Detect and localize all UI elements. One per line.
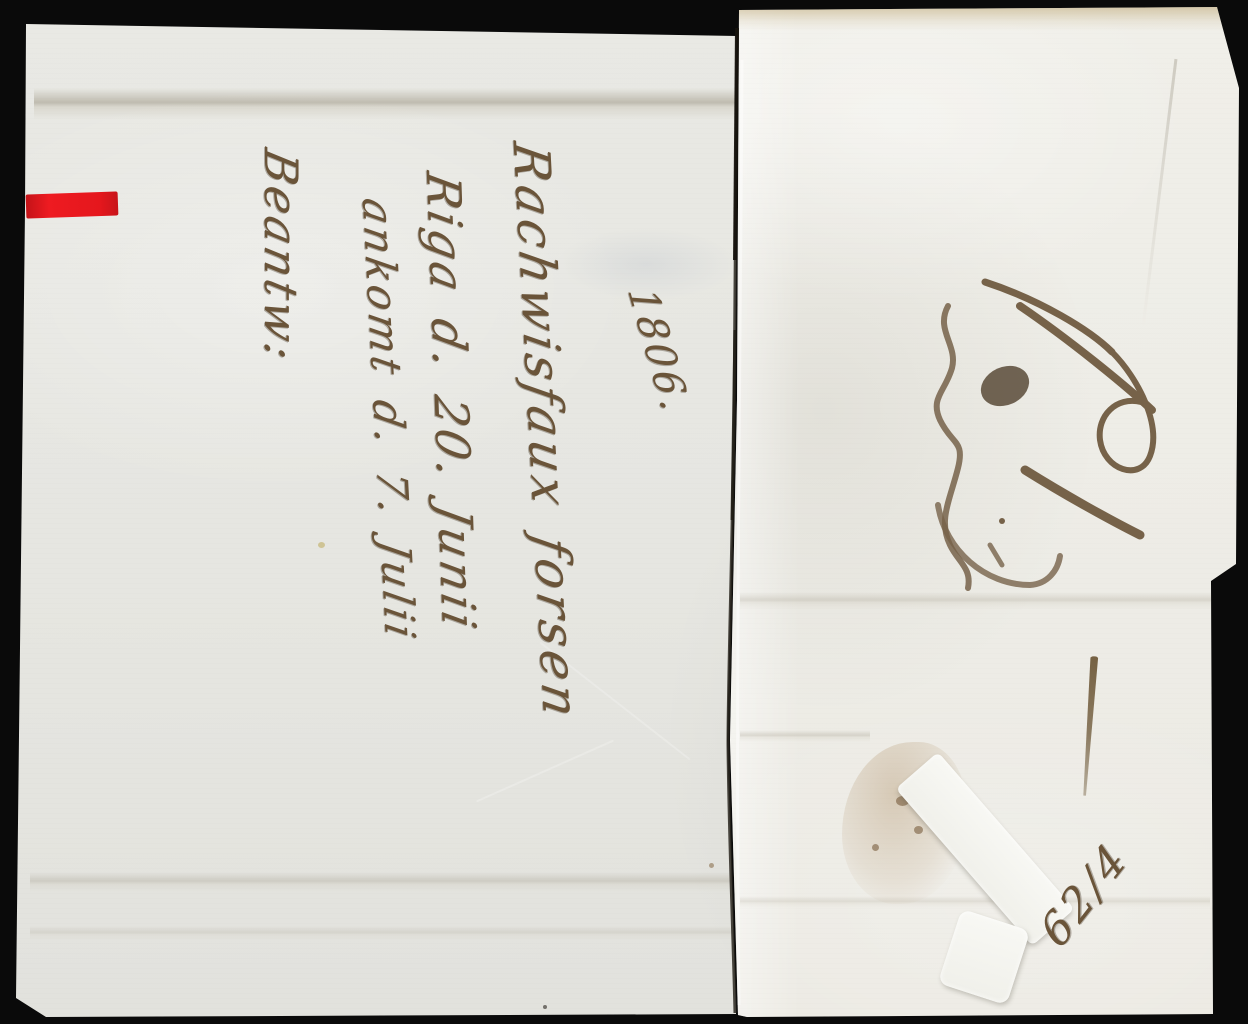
fold-crease-right-mid [740, 592, 1220, 610]
stain-speck [914, 826, 923, 834]
paper-spot [709, 863, 714, 868]
fold-crease-bottom [30, 872, 736, 892]
fold-crease-bottom-2 [30, 926, 736, 940]
paper-spot [318, 542, 325, 548]
fold-crease-top [34, 88, 736, 120]
docket-answered-note: Beantw: [254, 145, 308, 369]
red-crayon-mark [26, 191, 119, 218]
fold-crease-right-low [740, 896, 1210, 908]
stain-speck [872, 844, 879, 851]
fold-crease-short [740, 730, 870, 742]
toned-top-edge [739, 7, 1239, 31]
letter-scan: 1806. Rachwisfaux forsen Riga d. 20. Jun… [0, 0, 1248, 1024]
paper-spot [543, 1005, 547, 1009]
